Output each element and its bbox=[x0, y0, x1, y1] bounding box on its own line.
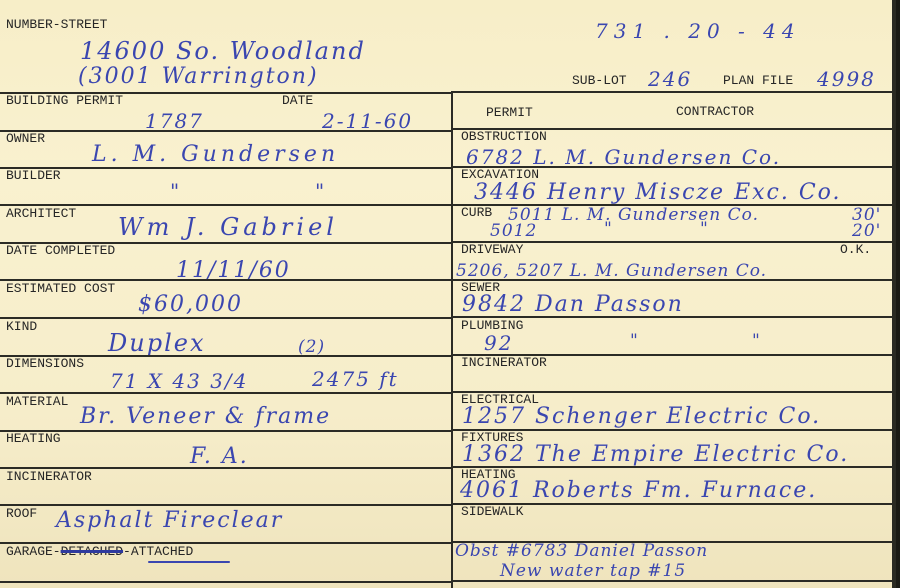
sewer-value: 9842 Dan Passon bbox=[462, 294, 684, 316]
address-line-1: 14600 So. Woodland bbox=[80, 40, 366, 62]
heating-permit-value: 4061 Roberts Fm. Furnace. bbox=[460, 480, 817, 502]
divider bbox=[452, 279, 896, 281]
builder-label: BUILDER bbox=[6, 169, 61, 183]
architect-label: ARCHITECT bbox=[6, 207, 76, 221]
dimensions-area: 2475 ft bbox=[312, 368, 399, 390]
estimated-cost-value: $60,000 bbox=[138, 294, 243, 316]
note-line-2: New water tap #15 bbox=[500, 560, 686, 582]
address-line-2: (3001 Warrington) bbox=[78, 66, 319, 88]
sub-lot-label: SUB-LOT bbox=[572, 74, 627, 88]
heating-label: HEATING bbox=[6, 432, 61, 446]
divider bbox=[0, 317, 452, 319]
date-label: DATE bbox=[282, 94, 313, 108]
incinerator-label: INCINERATOR bbox=[6, 470, 92, 484]
owner-value: L. M. Gundersen bbox=[92, 144, 339, 166]
material-label: MATERIAL bbox=[6, 395, 68, 409]
date-completed-label: DATE COMPLETED bbox=[6, 244, 115, 258]
plumbing-value: 92 bbox=[484, 332, 513, 354]
sub-lot-value: 246 bbox=[648, 68, 692, 90]
divider bbox=[0, 167, 452, 169]
dimensions-label: DIMENSIONS bbox=[6, 357, 84, 371]
building-record-card: NUMBER-STREET 14600 So. Woodland (3001 W… bbox=[0, 0, 896, 588]
garage-label-prefix: GARAGE- bbox=[6, 544, 61, 559]
curb-label: CURB bbox=[461, 206, 492, 220]
curb-value-2-number: 5012 bbox=[490, 220, 537, 242]
sidewalk-label: SIDEWALK bbox=[461, 505, 523, 519]
divider bbox=[0, 430, 452, 432]
number-street-label: NUMBER-STREET bbox=[6, 18, 107, 32]
divider bbox=[452, 580, 896, 582]
curb-value-2-ditto-2: " bbox=[700, 218, 709, 240]
kind-label: KIND bbox=[6, 320, 37, 334]
architect-value: Wm J. Gabriel bbox=[118, 216, 338, 238]
garage-label: GARAGE-DETACHED-ATTACHED bbox=[6, 545, 193, 559]
builder-ditto-1: " bbox=[170, 180, 181, 202]
dimensions-value: 71 X 43 3/4 bbox=[110, 370, 248, 392]
driveway-status: O.K. bbox=[840, 243, 871, 257]
building-permit-value: 1787 bbox=[145, 110, 204, 132]
material-value: Br. Veneer & frame bbox=[80, 406, 331, 428]
plan-file-label: PLAN FILE bbox=[723, 74, 793, 88]
obstruction-value: 6782 L. M. Gundersen Co. bbox=[466, 146, 781, 168]
plumbing-ditto-2: " bbox=[752, 330, 761, 352]
electrical-value: 1257 Schenger Electric Co. bbox=[462, 406, 821, 428]
divider bbox=[0, 504, 452, 506]
roof-label: ROOF bbox=[6, 507, 37, 521]
heating-value: F. A. bbox=[190, 446, 249, 468]
permit-column-header: PERMIT bbox=[486, 106, 533, 120]
estimated-cost-label: ESTIMATED COST bbox=[6, 282, 115, 296]
contractor-column-header: CONTRACTOR bbox=[676, 105, 754, 119]
driveway-label: DRIVEWAY bbox=[461, 243, 523, 257]
divider bbox=[0, 130, 452, 132]
curb-value-2-ditto-1: " bbox=[604, 218, 613, 240]
excavation-value: 3446 Henry Miscze Exc. Co. bbox=[474, 182, 842, 204]
parcel-number: 731 . 20 - 44 bbox=[595, 20, 801, 42]
divider bbox=[452, 91, 896, 93]
obstruction-label: OBSTRUCTION bbox=[461, 130, 547, 144]
attached-underline-mark bbox=[148, 561, 230, 563]
divider bbox=[0, 581, 452, 583]
plumbing-ditto-1: " bbox=[630, 330, 639, 352]
note-line-1: Obst #6783 Daniel Passon bbox=[455, 540, 708, 562]
fixtures-value: 1362 The Empire Electric Co. bbox=[462, 444, 849, 466]
builder-ditto-2: " bbox=[315, 180, 326, 202]
garage-label-struck: DETACHED bbox=[61, 544, 123, 559]
date-value: 2-11-60 bbox=[322, 110, 413, 132]
curb-value-1: 5011 L. M. Gundersen Co. bbox=[508, 204, 759, 226]
divider bbox=[452, 466, 896, 468]
garage-label-suffix: -ATTACHED bbox=[123, 544, 193, 559]
roof-value: Asphalt Fireclear bbox=[56, 510, 283, 532]
plan-file-value: 4998 bbox=[817, 68, 876, 90]
building-permit-label: BUILDING PERMIT bbox=[6, 94, 123, 108]
owner-label: OWNER bbox=[6, 132, 45, 146]
incinerator-permit-label: INCINERATOR bbox=[461, 356, 547, 370]
kind-value: Duplex bbox=[108, 332, 205, 354]
curb-length-2: 20' bbox=[852, 220, 881, 242]
